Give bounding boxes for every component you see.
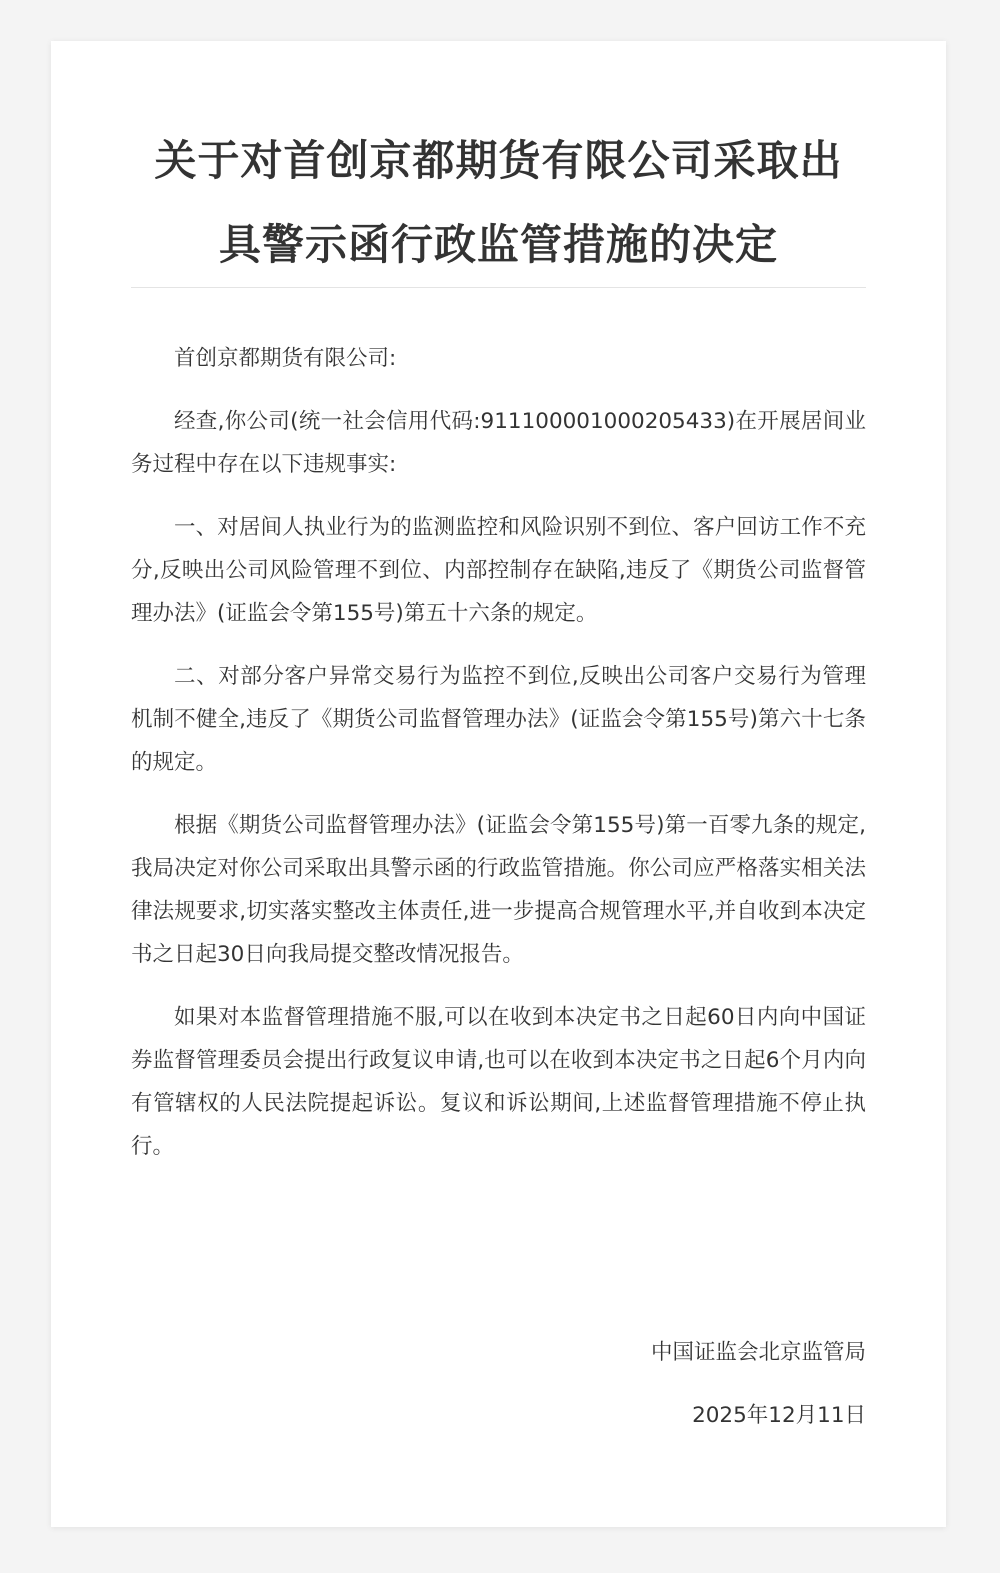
salutation: 首创京都期货有限公司:	[131, 337, 866, 380]
title-line-2: 具警示函行政监管措施的决定	[131, 203, 866, 287]
signature-block: 中国证监会北京监管局 2025年12月11日	[651, 1331, 866, 1437]
issuing-organization: 中国证监会北京监管局	[651, 1331, 866, 1374]
paragraph-violation-2: 二、对部分客户异常交易行为监控不到位,反映出公司客户交易行为管理机制不健全,违反…	[131, 655, 866, 784]
paragraph-appeal-rights: 如果对本监督管理措施不服,可以在收到本决定书之日起60日内向中国证券监督管理委员…	[131, 996, 866, 1168]
issue-date: 2025年12月11日	[651, 1394, 866, 1437]
document-card: 关于对首创京都期货有限公司采取出 具警示函行政监管措施的决定 首创京都期货有限公…	[51, 41, 946, 1527]
document-title: 关于对首创京都期货有限公司采取出 具警示函行政监管措施的决定	[131, 119, 866, 287]
document-body: 首创京都期货有限公司: 经查,你公司(统一社会信用代码:911100001000…	[131, 337, 866, 1188]
title-divider	[131, 287, 866, 288]
paragraph-findings-intro: 经查,你公司(统一社会信用代码:911100001000205433)在开展居间…	[131, 400, 866, 486]
paragraph-decision: 根据《期货公司监督管理办法》(证监会令第155号)第一百零九条的规定,我局决定对…	[131, 804, 866, 976]
paragraph-violation-1: 一、对居间人执业行为的监测监控和风险识别不到位、客户回访工作不充分,反映出公司风…	[131, 506, 866, 635]
title-line-1: 关于对首创京都期货有限公司采取出	[131, 119, 866, 203]
